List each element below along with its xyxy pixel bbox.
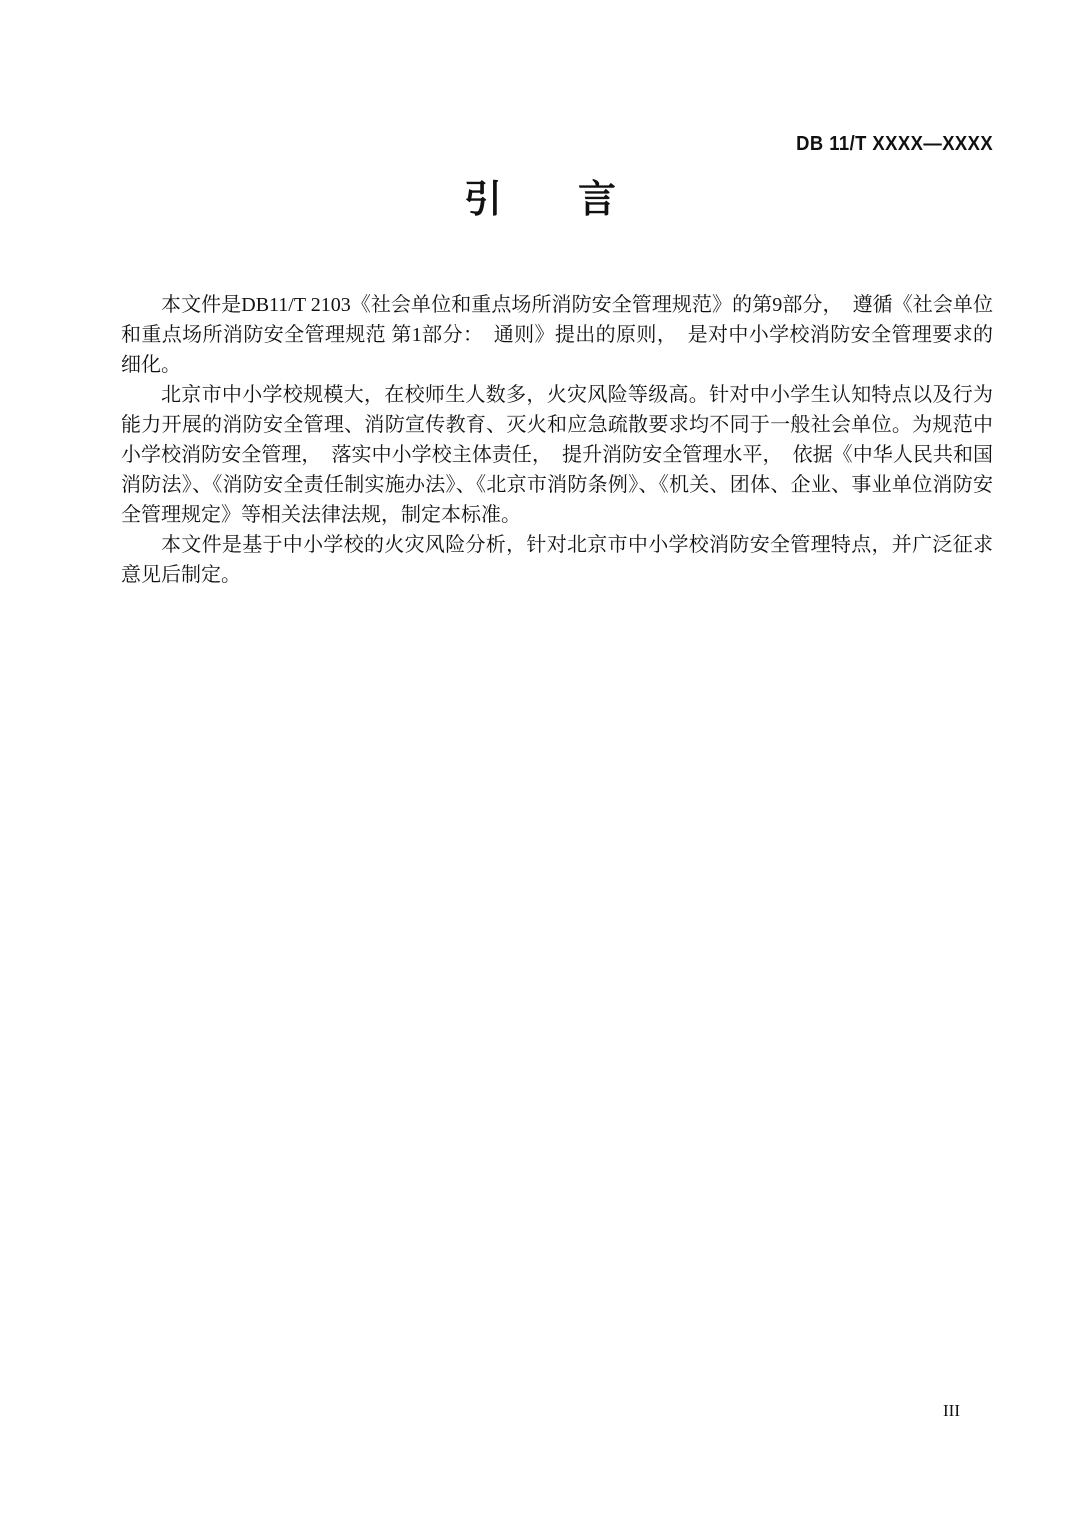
paragraph: 本文件是DB11/T 2103《社会单位和重点场所消防安全管理规范》的第9部分，… xyxy=(121,290,993,380)
page-number: III xyxy=(943,1401,960,1421)
document-page: DB 11/T XXXX—XXXX 引 言 本文件是DB11/T 2103《社会… xyxy=(0,0,1080,1527)
introduction-body: 本文件是DB11/T 2103《社会单位和重点场所消防安全管理规范》的第9部分，… xyxy=(121,290,993,590)
standard-code-header: DB 11/T XXXX—XXXX xyxy=(796,133,993,156)
paragraph: 本文件是基于中小学校的火灾风险分析，针对北京市中小学校消防安全管理特点，并广泛征… xyxy=(121,530,993,590)
paragraph: 北京市中小学校规模大，在校师生人数多，火灾风险等级高。针对中小学生认知特点以及行… xyxy=(121,380,993,530)
page-title: 引 言 xyxy=(0,179,1080,221)
